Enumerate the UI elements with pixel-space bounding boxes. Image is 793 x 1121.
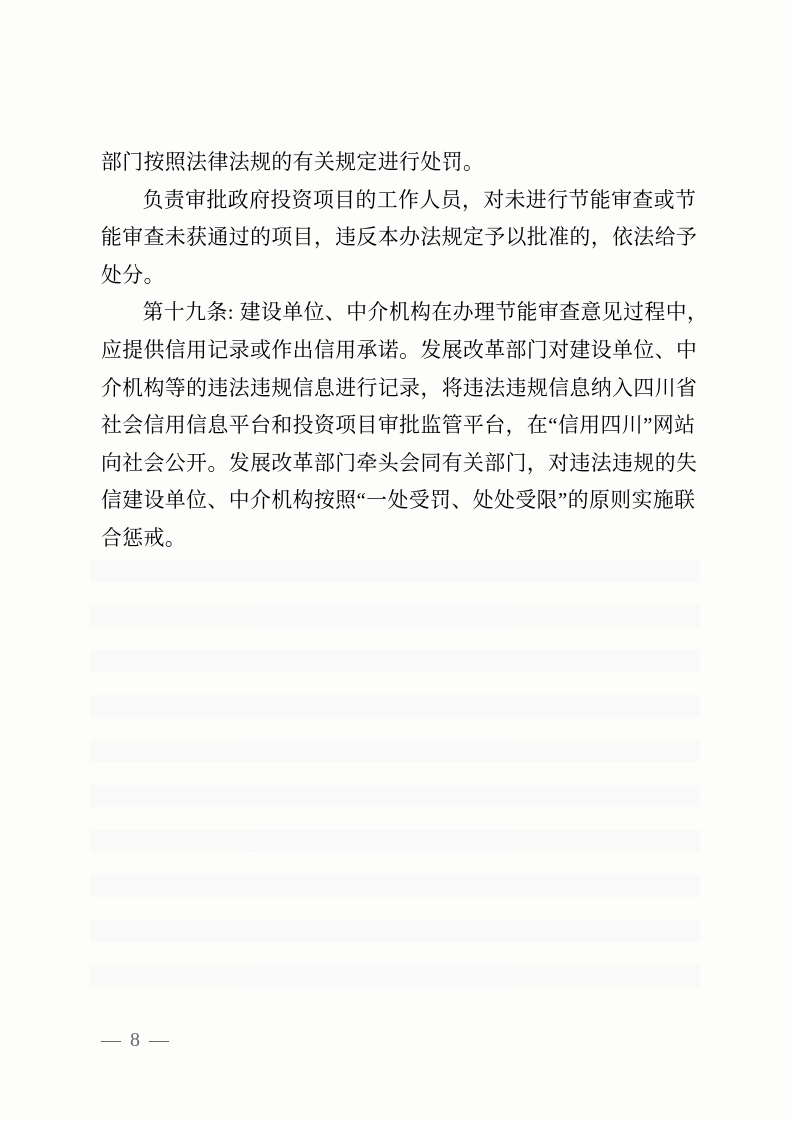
text-line: 合惩戒。: [101, 520, 700, 558]
document-body: 部门按照法律法规的有关规定进行处罚。负责审批政府投资项目的工作人员，对未进行节能…: [101, 144, 700, 558]
page-number: — 8 —: [101, 1028, 171, 1052]
document-page: 部门按照法律法规的有关规定进行处罚。负责审批政府投资项目的工作人员，对未进行节能…: [0, 0, 793, 1121]
text-line: 介机构等的违法违规信息进行记录，将违法违规信息纳入四川省: [101, 370, 700, 408]
text-line: 部门按照法律法规的有关规定进行处罚。: [101, 144, 700, 182]
text-line: 向社会公开。发展改革部门牵头会同有关部门，对违法违规的失: [101, 445, 700, 483]
text-line: 信建设单位、中介机构按照“一处受罚、处处受限”的原则实施联: [101, 482, 700, 520]
text-line: 能审查未获通过的项目，违反本办法规定予以批准的，依法给予: [101, 219, 700, 257]
text-line: 第十九条: 建设单位、中介机构在办理节能审查意见过程中，: [101, 294, 700, 332]
text-line: 处分。: [101, 257, 700, 295]
text-line: 负责审批政府投资项目的工作人员，对未进行节能审查或节: [101, 182, 700, 220]
text-line: 社会信用信息平台和投资项目审批监管平台，在“信用四川”网站: [101, 407, 700, 445]
text-line: 应提供信用记录或作出信用承诺。发展改革部门对建设单位、中: [101, 332, 700, 370]
